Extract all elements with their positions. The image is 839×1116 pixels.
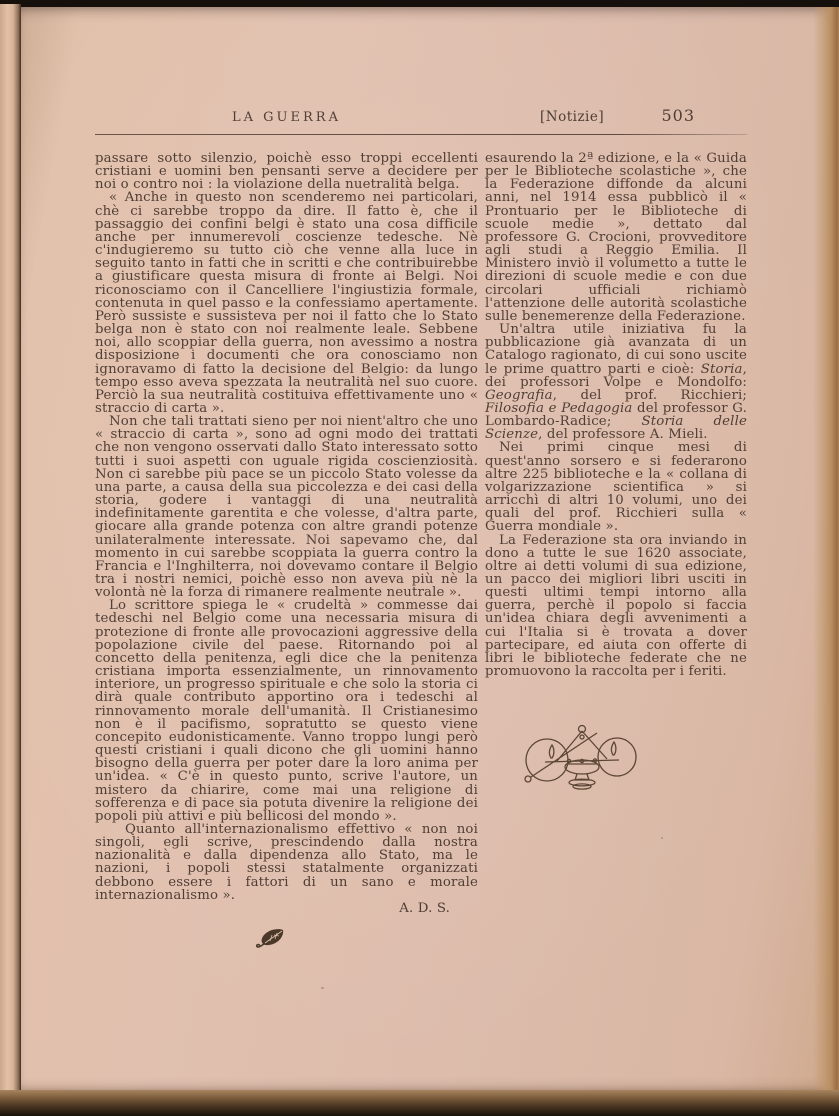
- previous-page-edge: [0, 4, 21, 1104]
- oil-lamp-ornament-icon: [507, 720, 655, 792]
- left-column: passare sotto silenzio, poichè esso trop…: [95, 152, 478, 951]
- paragraph: Lo scrittore spiega le « crudeltà » comm…: [95, 599, 478, 823]
- paragraph: Non che tali trattati sieno per noi nien…: [95, 415, 478, 599]
- right-column: esaurendo la 2ª edizione, e la « Guida p…: [485, 152, 747, 951]
- text-columns: passare sotto silenzio, poichè esso trop…: [95, 152, 747, 951]
- paper-speck: [661, 837, 663, 839]
- paragraph: Un'altra utile iniziativa fu la pubblica…: [485, 323, 747, 441]
- paragraph: « Anche in questo non scenderemo nei par…: [95, 191, 478, 415]
- header-right: [Notizie] 503: [478, 106, 747, 125]
- header-rule: [95, 134, 747, 135]
- book-fore-edge: [813, 7, 839, 1090]
- page-content: LA GUERRA [Notizie] 503 passare sotto si…: [95, 106, 747, 951]
- book-bottom-edge: [0, 1090, 839, 1116]
- author-initials: A. D. S.: [95, 902, 478, 915]
- paragraph: Quanto all'internazionalismo effettivo «…: [95, 823, 478, 902]
- paper-speck: [141, 567, 144, 570]
- page-header: LA GUERRA [Notizie] 503: [95, 106, 747, 125]
- page: LA GUERRA [Notizie] 503 passare sotto si…: [21, 7, 839, 1090]
- paragraph: Nei primi cinque mesi di quest'anno sors…: [485, 441, 747, 533]
- paragraph: esaurendo la 2ª edizione, e la « Guida p…: [485, 152, 747, 323]
- leaf-fleuron-icon: [253, 927, 287, 951]
- paper-speck: [321, 987, 324, 989]
- paragraph: passare sotto silenzio, poichè esso trop…: [95, 152, 478, 191]
- book-scan: LA GUERRA [Notizie] 503 passare sotto si…: [0, 0, 839, 1116]
- paragraph: La Federazione sta ora inviando in dono …: [485, 534, 747, 679]
- page-number: 503: [661, 106, 695, 125]
- running-title: LA GUERRA: [95, 110, 478, 125]
- section-label: [Notizie]: [540, 109, 604, 125]
